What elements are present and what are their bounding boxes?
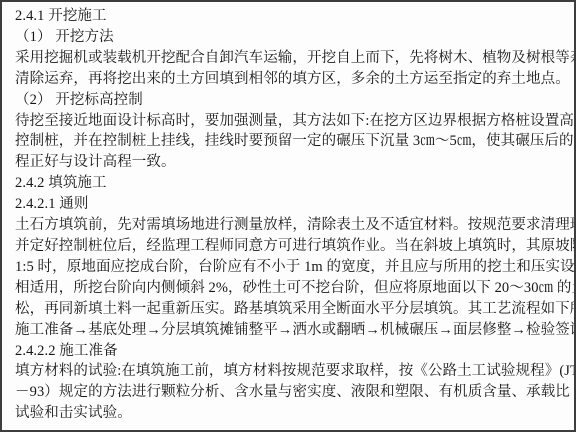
- paragraph-line: 采用挖掘机或装载机开挖配合自卸汽车运输，开挖自上而下，先将树木、植物及树根等杂物: [15, 48, 564, 69]
- paragraph-line: 试验和击实试验。: [15, 403, 564, 424]
- paragraph-line: 1:5 时，原地面应挖成台阶，台阶应有不小于 1m 的宽度，并且应与所用的挖土和…: [15, 257, 564, 278]
- document-page: 2.4.1 开挖施工 （1） 开挖方法 采用挖掘机或装载机开挖配合自卸汽车运输，…: [0, 0, 576, 432]
- paragraph-line: 填方材料的试验:在填筑施工前，填方材料按规范要求取样，按《公路土工试验规程》(J…: [15, 361, 564, 382]
- subheading-excavation-method: （1） 开挖方法: [15, 27, 564, 48]
- paragraph-line: 土石方填筑前，先对需填场地进行测量放样，清除表土及不适宜材料。按规范要求清理现场: [15, 215, 564, 236]
- process-flow-line: 施工准备→基底处理→分层填筑摊铺整平→洒水或翻晒→机械碾压→面层修整→检验签证。: [15, 320, 564, 341]
- paragraph-line: 相适用，所挖台阶向内侧倾斜 2%，砂性土可不挖台阶，但应将原地面以下 20～30…: [15, 278, 564, 299]
- paragraph-line: 清除运弃，再将挖出来的土方回填到相邻的填方区，多余的土方运至指定的弃土地点。: [15, 69, 564, 90]
- paragraph-line: 待挖至接近地面设计标高时，要加强测量，其方法如下:在挖方区边界根据方格桩设置高程: [15, 111, 564, 132]
- paragraph-line: 程正好与设计高程一致。: [15, 152, 564, 173]
- paragraph-line: －93）规定的方法进行颗粒分析、含水量与密实度、液限和塑限、有机质含量、承载比（…: [15, 382, 564, 403]
- paragraph-line: 控制桩，并在控制桩上挂线，挂线时要预留一定的碾压下沉量 3㎝～5㎝，使其碾压后的…: [15, 131, 564, 152]
- section-heading-2-4-1: 2.4.1 开挖施工: [15, 6, 564, 27]
- paragraph-line: 松，再同新填土料一起重新压实。路基填筑采用全断面水平分层填筑。其工艺流程如下所示…: [15, 299, 564, 320]
- subheading-elevation-control: （2） 开挖标高控制: [15, 90, 564, 111]
- section-heading-2-4-2: 2.4.2 填筑施工: [15, 173, 564, 194]
- section-heading-2-4-2-2: 2.4.2.2 施工准备: [15, 341, 564, 362]
- section-heading-2-4-2-1: 2.4.2.1 通则: [15, 194, 564, 215]
- paragraph-line: 并定好控制桩位后，经监理工程师同意方可进行填筑作业。当在斜坡上填筑时，其原坡陡于: [15, 236, 564, 257]
